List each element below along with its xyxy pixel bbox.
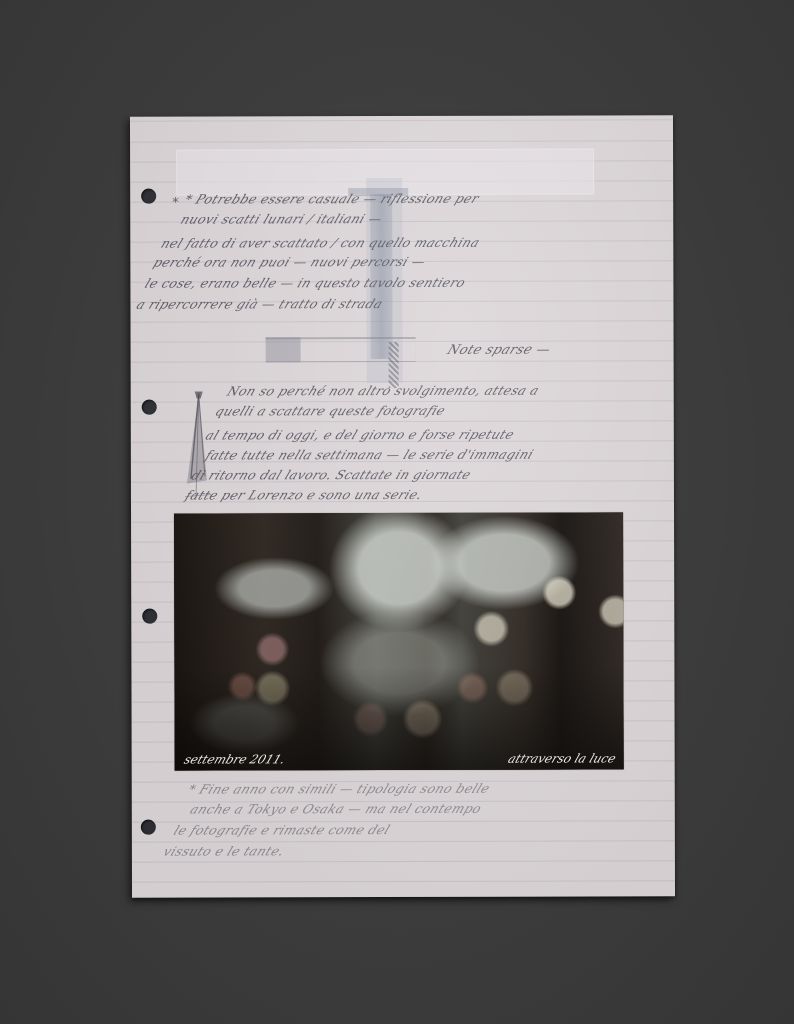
hw-line: le fotografie e rimaste come del — [172, 823, 393, 838]
hw-line: nuovi scatti lunari / italiani — — [179, 212, 385, 227]
hw-line: a ripercorrere già — tratto di strada — [134, 297, 385, 312]
punch-hole — [141, 820, 156, 835]
hw-line: Non so perché non altro svolgimento, att… — [225, 384, 541, 399]
hw-line: al tempo di oggi, e del giorno e forse r… — [203, 428, 516, 443]
hw-line: nel fatto di aver scattato / con quello … — [159, 236, 482, 251]
hw-line: le cose, erano belle — in questo tavolo … — [143, 276, 468, 291]
hw-line: * Fine anno con simili — tipologia sono … — [186, 782, 492, 797]
pencil-sketch-post — [389, 342, 399, 388]
hw-heading: Note sparse — — [445, 344, 553, 358]
taped-photograph: settembre 2011. attraverso la luce — [174, 512, 624, 770]
hw-line: perché ora non puoi — nuovi percorsi — — [151, 255, 428, 270]
hw-line: fatte per Lorenzo e sono una serie. — [183, 488, 424, 503]
hw-line: anche a Tokyo e Osaka — ma nel contempo — [188, 802, 484, 817]
pencil-sketch-figure-icon — [179, 388, 219, 503]
hw-line: di ritorno dal lavoro. Scattate in giorn… — [189, 468, 473, 483]
photo-caption-title: attraverso la luce — [506, 751, 618, 765]
notebook-page: * * Potrebbe essere casuale — riflession… — [130, 115, 675, 897]
hw-line: fatte tutte nella settimana — le serie d… — [203, 448, 535, 463]
hw-line: quelli a scattare queste fotografie — [213, 404, 448, 419]
hw-line: vissuto e le tante. — [161, 844, 286, 858]
punch-hole — [142, 609, 157, 624]
punch-hole — [141, 189, 156, 204]
punch-hole — [142, 400, 157, 415]
hw-line: * Potrebbe essere casuale — riflessione … — [183, 192, 482, 207]
photo-caption-date: settembre 2011. — [182, 752, 287, 766]
asterisk-bullet: * — [172, 196, 179, 211]
